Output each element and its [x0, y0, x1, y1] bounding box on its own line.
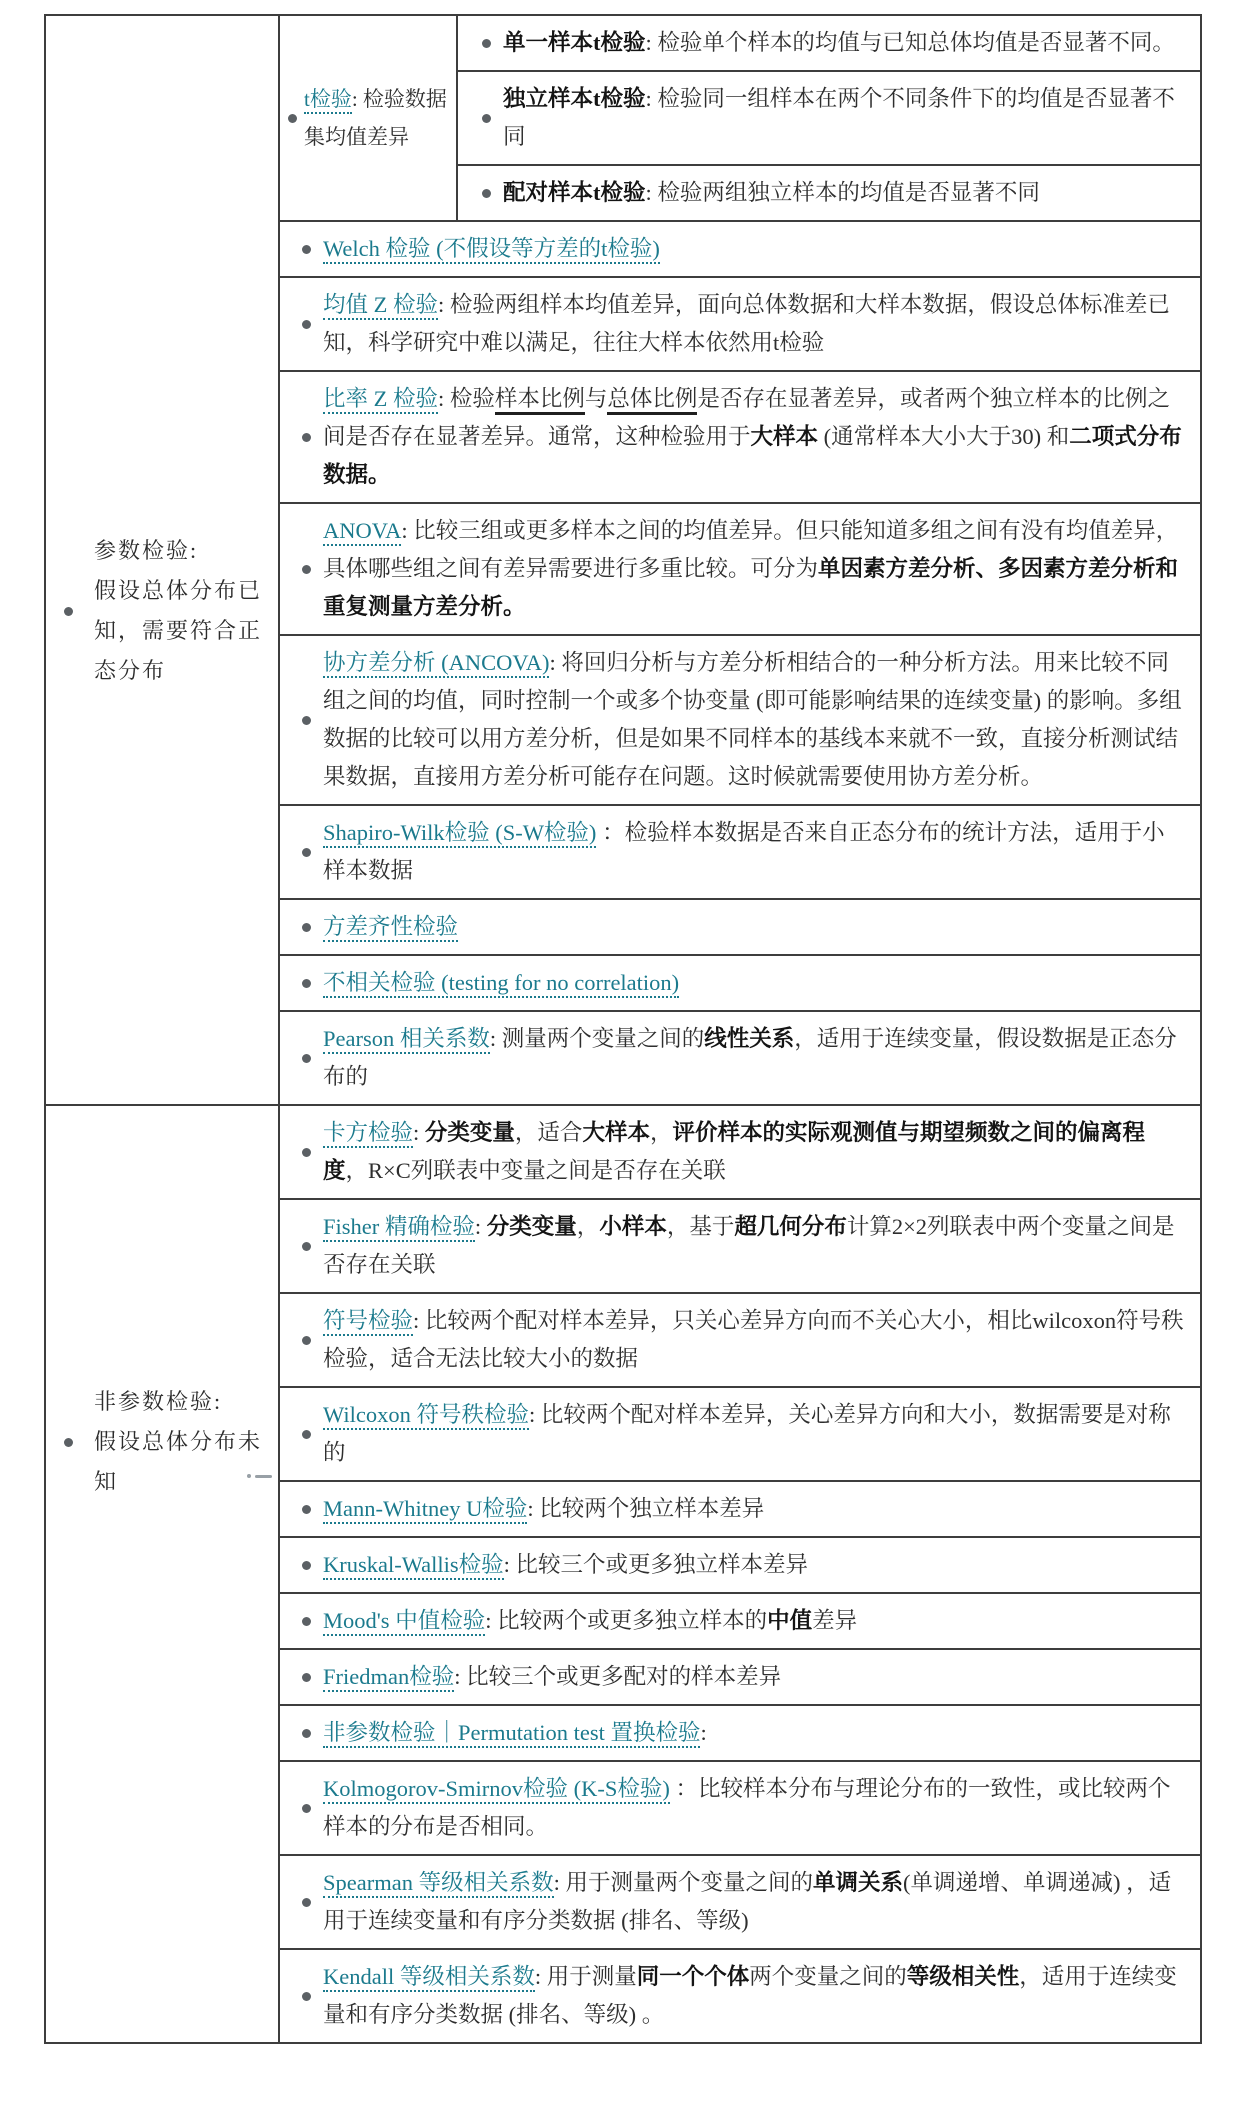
test-row-text: ANOVA: 比较三组或更多样本之间的均值差异。但只能知道多组之间有没有均值差异… — [323, 512, 1186, 626]
text-segment: : 检验单个样本的均值与已知总体均值是否显著不同。 — [646, 30, 1175, 55]
test-row-text: Wilcoxon 符号秩检验: 比较两个配对样本差异，关心差异方向和大小，数据需… — [323, 1396, 1186, 1472]
bullet-icon — [288, 114, 297, 123]
text-segment: ， — [577, 1214, 600, 1239]
bullet-icon — [302, 565, 311, 574]
bullet-icon — [64, 1438, 73, 1447]
link-sign-test[interactable]: 符号检验 — [323, 1308, 413, 1336]
test-row-fisher-exact: Fisher 精确检验: 分类变量，小样本，基于超几何分布计算2×2列联表中两个… — [280, 1198, 1200, 1292]
bullet-icon — [302, 1430, 311, 1439]
text-segment: 分类变量 — [425, 1120, 515, 1145]
text-segment: : — [475, 1214, 487, 1239]
text-segment: : 检验两组独立样本的均值是否显著不同 — [646, 180, 1040, 205]
test-row-text: Mood's 中值检验: 比较两个或更多独立样本的中值差异 — [323, 1602, 1186, 1640]
bullet-icon — [302, 1505, 311, 1514]
link-pearson[interactable]: Pearson 相关系数 — [323, 1026, 490, 1054]
bullet-icon — [302, 245, 311, 254]
branch-handle-icon — [247, 1474, 272, 1478]
link-shapiro-wilk[interactable]: Shapiro-Wilk检验 (S-W检验) — [323, 820, 596, 848]
link-chi-square[interactable]: 卡方检验 — [323, 1120, 413, 1148]
text-segment: 等级相关性 — [907, 1964, 1020, 1989]
bullet-icon — [482, 114, 491, 123]
test-row-moods-median: Mood's 中值检验: 比较两个或更多独立样本的中值差异 — [280, 1592, 1200, 1648]
t-test-group-row: t检验: 检验数据集均值差异 单一样本t检验: 检验单个样本的均值与已知总体均值… — [280, 16, 1200, 222]
test-row-anova: ANOVA: 比较三组或更多样本之间的均值差异。但只能知道多组之间有没有均值差异… — [280, 502, 1200, 634]
text-segment: 单调关系 — [813, 1870, 903, 1895]
test-row-text: 卡方检验: 分类变量，适合大样本，评价样本的实际观测值与期望频数之间的偏离程度，… — [323, 1114, 1186, 1190]
text-segment: ， — [650, 1120, 673, 1145]
text-segment: (通常样本大小大于30) 和 — [818, 424, 1069, 449]
link-friedman[interactable]: Friedman检验 — [323, 1664, 454, 1692]
bullet-icon — [302, 320, 311, 329]
test-row-text: Shapiro-Wilk检验 (S-W检验) ：检验样本数据是否来自正态分布的统… — [323, 814, 1186, 890]
bullet-icon — [302, 716, 311, 725]
bullet-icon — [302, 1054, 311, 1063]
link-anova[interactable]: ANOVA — [323, 518, 401, 546]
link-t-test[interactable]: t检验 — [304, 87, 352, 114]
bullet-icon — [482, 189, 491, 198]
test-row-wilcoxon: Wilcoxon 符号秩检验: 比较两个配对样本差异，关心差异方向和大小，数据需… — [280, 1386, 1200, 1480]
test-row-variance-homogeneity: 方差齐性检验 — [280, 898, 1200, 954]
text-segment: 与 — [585, 386, 608, 411]
text-segment: 超几何分布 — [734, 1214, 847, 1239]
test-row-welch: Welch 检验 (不假设等方差的t检验) — [280, 222, 1200, 276]
bullet-icon — [302, 433, 311, 442]
link-mean-z[interactable]: 均值 Z 检验 — [323, 292, 438, 320]
test-row-text: 比率 Z 检验: 检验样本比例与总体比例是否存在显著差异，或者两个独立样本的比例… — [323, 380, 1186, 494]
text-segment: 分类变量 — [487, 1214, 577, 1239]
text-segment: : 检验两组样本均值差异，面向总体数据和大样本数据，假设总体标准差已知，科学研究… — [323, 292, 1170, 355]
text-segment: 同一个个体 — [637, 1964, 750, 1989]
test-row-text: 单一样本t检验: 检验单个样本的均值与已知总体均值是否显著不同。 — [503, 24, 1186, 62]
text-segment: 大样本 — [582, 1120, 650, 1145]
test-row-friedman: Friedman检验: 比较三个或更多配对的样本差异 — [280, 1648, 1200, 1704]
t-test-cell: t检验: 检验数据集均值差异 — [280, 16, 458, 220]
section-parametric: 参数检验:假设总体分布已知，需要符合正态分布 t检验: 检验数据集均值差异 单一… — [46, 16, 1200, 1104]
text-segment: 小样本 — [599, 1214, 667, 1239]
bullet-icon — [302, 1729, 311, 1738]
bullet-icon — [302, 1898, 311, 1907]
test-row-independent-t: 独立样本t检验: 检验同一组样本在两个不同条件下的均值是否显著不同 — [458, 70, 1200, 164]
text-segment: : 比较三个或更多独立样本差异 — [504, 1552, 808, 1577]
test-row-permutation: 非参数检验｜Permutation test 置换检验: — [280, 1704, 1200, 1760]
text-segment: 单一样本t检验 — [503, 30, 646, 55]
link-no-correlation[interactable]: 不相关检验 (testing for no correlation) — [323, 970, 679, 998]
link-ancova[interactable]: 协方差分析 (ANCOVA) — [323, 650, 549, 678]
category-block-nonparametric: 非参数检验:假设总体分布未知 — [64, 1382, 274, 1502]
text-segment: : 比较三个或更多配对的样本差异 — [454, 1664, 781, 1689]
text-segment: ，R×C列联表中变量之间是否存在关联 — [346, 1158, 726, 1183]
bullet-icon — [302, 923, 311, 932]
bullet-icon — [302, 1617, 311, 1626]
link-proportion-z[interactable]: 比率 Z 检验 — [323, 386, 438, 414]
text-segment: 独立样本t检验 — [503, 86, 646, 111]
bullet-icon — [302, 1336, 311, 1345]
test-row-text: Spearman 等级相关系数: 用于测量两个变量之间的单调关系(单调递增、单调… — [323, 1864, 1186, 1940]
test-row-sign-test: 符号检验: 比较两个配对样本差异，只关心差异方向而不关心大小，相比wilcoxo… — [280, 1292, 1200, 1386]
test-row-one-sample-t: 单一样本t检验: 检验单个样本的均值与已知总体均值是否显著不同。 — [458, 16, 1200, 70]
bullet-icon — [482, 39, 491, 48]
text-segment: 样本比例 — [495, 386, 585, 415]
bullet-icon — [302, 1992, 311, 2001]
link-welch[interactable]: Welch 检验 (不假设等方差的t检验) — [323, 236, 660, 264]
test-row-chi-square: 卡方检验: 分类变量，适合大样本，评价样本的实际观测值与期望频数之间的偏离程度，… — [280, 1106, 1200, 1198]
link-permutation[interactable]: 非参数检验｜Permutation test 置换检验 — [323, 1720, 700, 1748]
category-block-parametric: 参数检验:假设总体分布已知，需要符合正态分布 — [64, 531, 274, 691]
bullet-icon — [302, 979, 311, 988]
test-row-text: 均值 Z 检验: 检验两组样本均值差异，面向总体数据和大样本数据，假设总体标准差… — [323, 286, 1186, 362]
test-row-text: 协方差分析 (ANCOVA): 将回归分析与方差分析相结合的一种分析方法。用来比… — [323, 644, 1186, 796]
nonparametric-content-column: 卡方检验: 分类变量，适合大样本，评价样本的实际观测值与期望频数之间的偏离程度，… — [280, 1106, 1200, 2042]
text-segment: : 比较两个或更多独立样本的 — [485, 1608, 767, 1633]
text-segment: : 测量两个变量之间的 — [490, 1026, 704, 1051]
bullet-icon — [302, 1804, 311, 1813]
text-segment: 大样本 — [751, 424, 819, 449]
text-segment: : 检验 — [438, 386, 495, 411]
test-row-no-correlation: 不相关检验 (testing for no correlation) — [280, 954, 1200, 1010]
link-mann-whitney[interactable]: Mann-Whitney U检验 — [323, 1496, 527, 1524]
test-row-paired-t: 配对样本t检验: 检验两组独立样本的均值是否显著不同 — [458, 164, 1200, 220]
link-kendall[interactable]: Kendall 等级相关系数 — [323, 1964, 535, 1992]
test-row-mean-z: 均值 Z 检验: 检验两组样本均值差异，面向总体数据和大样本数据，假设总体标准差… — [280, 276, 1200, 370]
test-row-text: Fisher 精确检验: 分类变量，小样本，基于超几何分布计算2×2列联表中两个… — [323, 1208, 1186, 1284]
test-row-text: 非参数检验｜Permutation test 置换检验: — [323, 1714, 1186, 1752]
test-row-text: Pearson 相关系数: 测量两个变量之间的线性关系，适用于连续变量，假设数据… — [323, 1020, 1186, 1096]
bullet-icon — [64, 607, 73, 616]
t-test-subrows: 单一样本t检验: 检验单个样本的均值与已知总体均值是否显著不同。独立样本t检验:… — [458, 16, 1200, 220]
test-row-kolmogorov-smirnov: Kolmogorov-Smirnov检验 (K-S检验) ：比较样本分布与理论分… — [280, 1760, 1200, 1854]
section-nonparametric: 非参数检验:假设总体分布未知 卡方检验: 分类变量，适合大样本，评价样本的实际观… — [46, 1104, 1200, 2042]
parametric-content-column: t检验: 检验数据集均值差异 单一样本t检验: 检验单个样本的均值与已知总体均值… — [280, 16, 1200, 1104]
link-kruskal-wallis[interactable]: Kruskal-Wallis检验 — [323, 1552, 504, 1580]
test-row-text: Kendall 等级相关系数: 用于测量同一个个体两个变量之间的等级相关性，适用… — [323, 1958, 1186, 2034]
category-label-nonparametric: 非参数检验:假设总体分布未知 — [94, 1382, 262, 1502]
text-segment: : 用于测量两个变量之间的 — [554, 1870, 813, 1895]
category-label-parametric: 参数检验:假设总体分布已知，需要符合正态分布 — [94, 531, 262, 691]
link-fisher-exact[interactable]: Fisher 精确检验 — [323, 1214, 475, 1242]
bullet-icon — [302, 1148, 311, 1157]
test-row-text: Kruskal-Wallis检验: 比较三个或更多独立样本差异 — [323, 1546, 1186, 1584]
bullet-icon — [302, 1242, 311, 1251]
link-kolmogorov-smirnov[interactable]: Kolmogorov-Smirnov检验 (K-S检验) — [323, 1776, 670, 1804]
test-row-ancova: 协方差分析 (ANCOVA): 将回归分析与方差分析相结合的一种分析方法。用来比… — [280, 634, 1200, 804]
text-segment: 差异 — [812, 1608, 857, 1633]
link-moods-median[interactable]: Mood's 中值检验 — [323, 1608, 485, 1636]
test-row-text: Mann-Whitney U检验: 比较两个独立样本差异 — [323, 1490, 1186, 1528]
test-row-mann-whitney: Mann-Whitney U检验: 比较两个独立样本差异 — [280, 1480, 1200, 1536]
bullet-icon — [302, 1561, 311, 1570]
test-row-spearman: Spearman 等级相关系数: 用于测量两个变量之间的单调关系(单调递增、单调… — [280, 1854, 1200, 1948]
link-variance-homogeneity[interactable]: 方差齐性检验 — [323, 914, 458, 942]
statistical-tests-table: 参数检验:假设总体分布已知，需要符合正态分布 t检验: 检验数据集均值差异 单一… — [44, 14, 1202, 2044]
test-row-kruskal-wallis: Kruskal-Wallis检验: 比较三个或更多独立样本差异 — [280, 1536, 1200, 1592]
test-row-text: Kolmogorov-Smirnov检验 (K-S检验) ：比较样本分布与理论分… — [323, 1770, 1186, 1846]
text-segment: : — [700, 1720, 706, 1745]
text-segment: 两个变量之间的 — [749, 1964, 907, 1989]
link-wilcoxon[interactable]: Wilcoxon 符号秩检验 — [323, 1402, 529, 1430]
text-segment: 总体比例 — [607, 386, 697, 415]
t-test-label: t检验: 检验数据集均值差异 — [304, 80, 452, 156]
test-row-text: 不相关检验 (testing for no correlation) — [323, 964, 1186, 1002]
text-segment: : 用于测量 — [535, 1964, 637, 1989]
text-segment: 配对样本t检验 — [503, 180, 646, 205]
bullet-icon — [302, 848, 311, 857]
nonparametric-test-rows: 卡方检验: 分类变量，适合大样本，评价样本的实际观测值与期望频数之间的偏离程度，… — [280, 1106, 1200, 2042]
text-segment: : — [413, 1120, 425, 1145]
test-row-text: 符号检验: 比较两个配对样本差异，只关心差异方向而不关心大小，相比wilcoxo… — [323, 1302, 1186, 1378]
text-segment: ，适合 — [515, 1120, 583, 1145]
test-row-shapiro-wilk: Shapiro-Wilk检验 (S-W检验) ：检验样本数据是否来自正态分布的统… — [280, 804, 1200, 898]
parametric-test-rows: Welch 检验 (不假设等方差的t检验)均值 Z 检验: 检验两组样本均值差异… — [280, 222, 1200, 1104]
bullet-icon — [302, 1673, 311, 1682]
category-cell-parametric: 参数检验:假设总体分布已知，需要符合正态分布 — [46, 16, 280, 1104]
test-row-text: 方差齐性检验 — [323, 908, 1186, 946]
test-row-text: Welch 检验 (不假设等方差的t检验) — [323, 230, 1186, 268]
text-segment: : 比较两个配对样本差异，只关心差异方向而不关心大小，相比wilcoxon符号秩… — [323, 1308, 1184, 1371]
text-segment: ，基于 — [667, 1214, 735, 1239]
text-segment: 线性关系 — [704, 1026, 794, 1051]
text-segment: : 比较两个独立样本差异 — [527, 1496, 764, 1521]
test-row-kendall: Kendall 等级相关系数: 用于测量同一个个体两个变量之间的等级相关性，适用… — [280, 1948, 1200, 2042]
test-row-text: 独立样本t检验: 检验同一组样本在两个不同条件下的均值是否显著不同 — [503, 80, 1186, 156]
link-spearman[interactable]: Spearman 等级相关系数 — [323, 1870, 554, 1898]
text-segment: 中值 — [767, 1608, 812, 1633]
test-row-pearson: Pearson 相关系数: 测量两个变量之间的线性关系，适用于连续变量，假设数据… — [280, 1010, 1200, 1104]
test-row-text: Friedman检验: 比较三个或更多配对的样本差异 — [323, 1658, 1186, 1696]
test-row-text: 配对样本t检验: 检验两组独立样本的均值是否显著不同 — [503, 174, 1186, 212]
category-cell-nonparametric: 非参数检验:假设总体分布未知 — [46, 1106, 280, 2042]
test-row-proportion-z: 比率 Z 检验: 检验样本比例与总体比例是否存在显著差异，或者两个独立样本的比例… — [280, 370, 1200, 502]
